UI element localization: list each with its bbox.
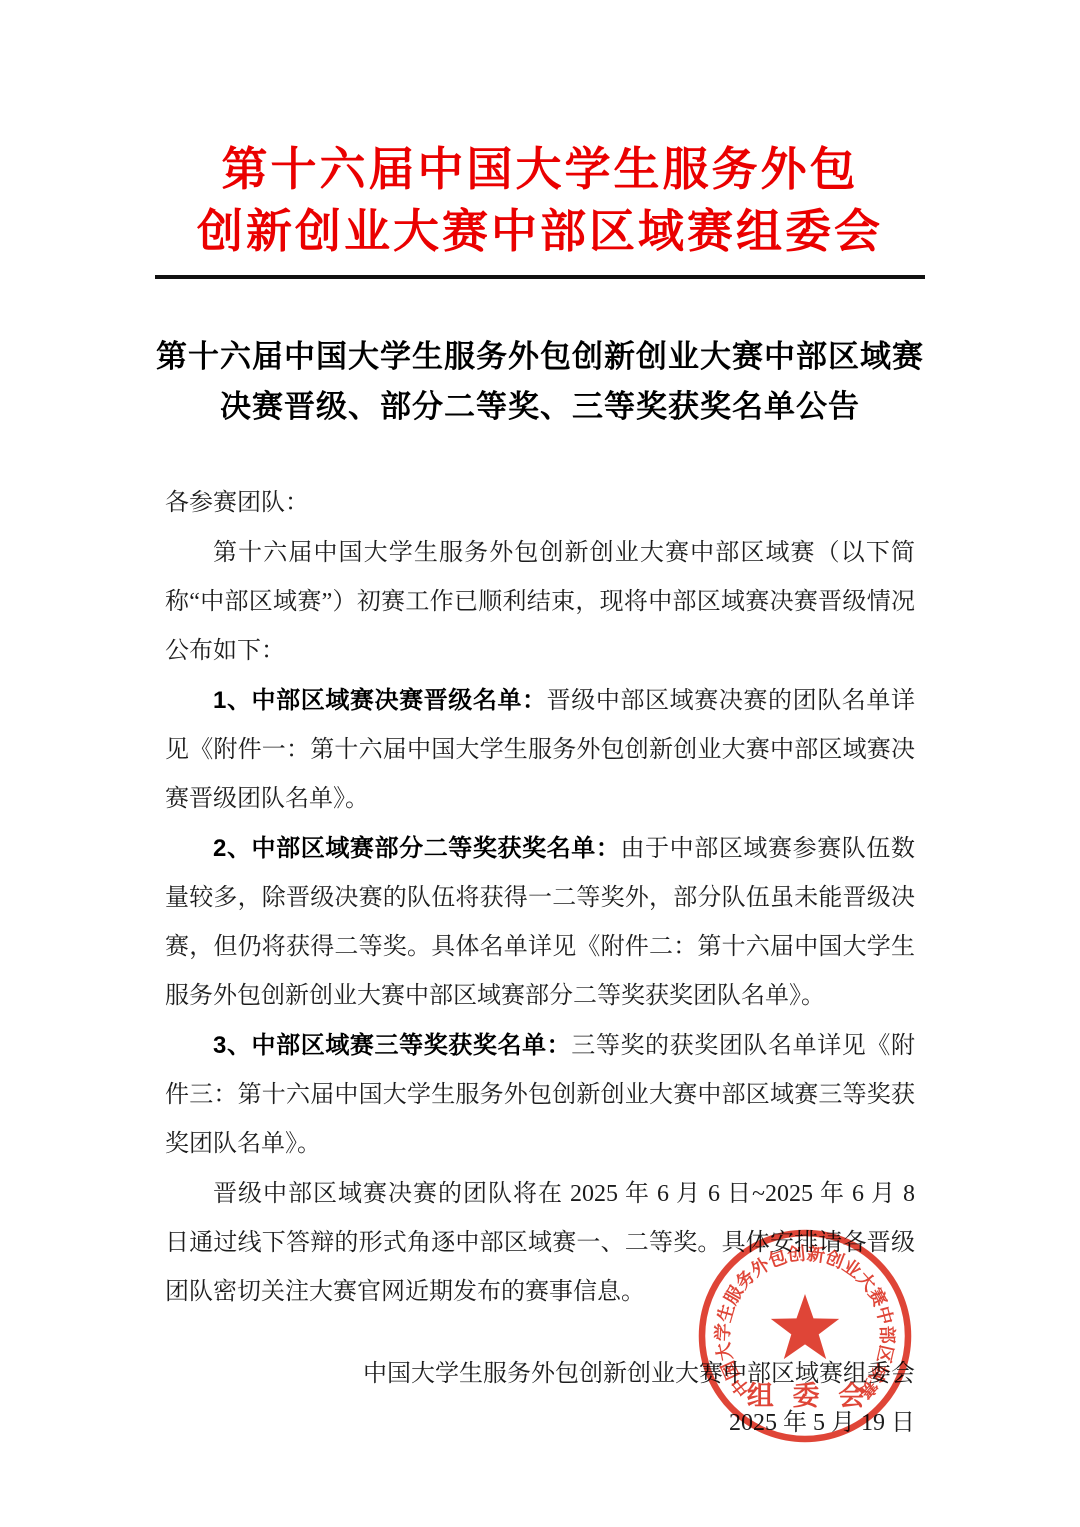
document-title-line2: 决赛晋级、部分二等奖、三等奖获奖名单公告 <box>0 382 1080 432</box>
document-page: 第十六届中国大学生服务外包 创新创业大赛中部区域赛组委会 第十六届中国大学生服务… <box>0 0 1080 1527</box>
divider-rule <box>155 275 925 279</box>
body-paragraph-intro: 第十六届中国大学生服务外包创新创业大赛中部区域赛（以下简称“中部区域赛”）初赛工… <box>165 528 915 676</box>
body-paragraph-item2: 2、中部区域赛部分二等奖获奖名单：由于中部区域赛参赛队伍数量较多，除晋级决赛的队… <box>165 824 915 1021</box>
document-title-line1: 第十六届中国大学生服务外包创新创业大赛中部区域赛 <box>0 332 1080 382</box>
seal-star-icon <box>771 1294 839 1359</box>
letterhead: 第十六届中国大学生服务外包 创新创业大赛中部区域赛组委会 <box>0 0 1080 263</box>
official-seal: 中国大学生服务外包创新创业大赛中部区域赛 组 委 会 <box>695 1226 915 1446</box>
body-paragraph-item3: 3、中部区域赛三等奖获奖名单：三等奖的获奖团队名单详见《附件三：第十六届中国大学… <box>165 1021 915 1169</box>
document-body: 各参赛团队： 第十六届中国大学生服务外包创新创业大赛中部区域赛（以下简称“中部区… <box>165 479 915 1317</box>
letterhead-line1: 第十六届中国大学生服务外包 <box>0 139 1080 201</box>
body-paragraph-item1: 1、中部区域赛决赛晋级名单：晋级中部区域赛决赛的团队名单详见《附件一：第十六届中… <box>165 676 915 824</box>
salutation: 各参赛团队： <box>165 479 915 528</box>
letterhead-line2: 创新创业大赛中部区域赛组委会 <box>0 201 1080 263</box>
seal-bottom-text: 组 委 会 <box>747 1381 872 1411</box>
document-title: 第十六届中国大学生服务外包创新创业大赛中部区域赛 决赛晋级、部分二等奖、三等奖获… <box>0 332 1080 432</box>
